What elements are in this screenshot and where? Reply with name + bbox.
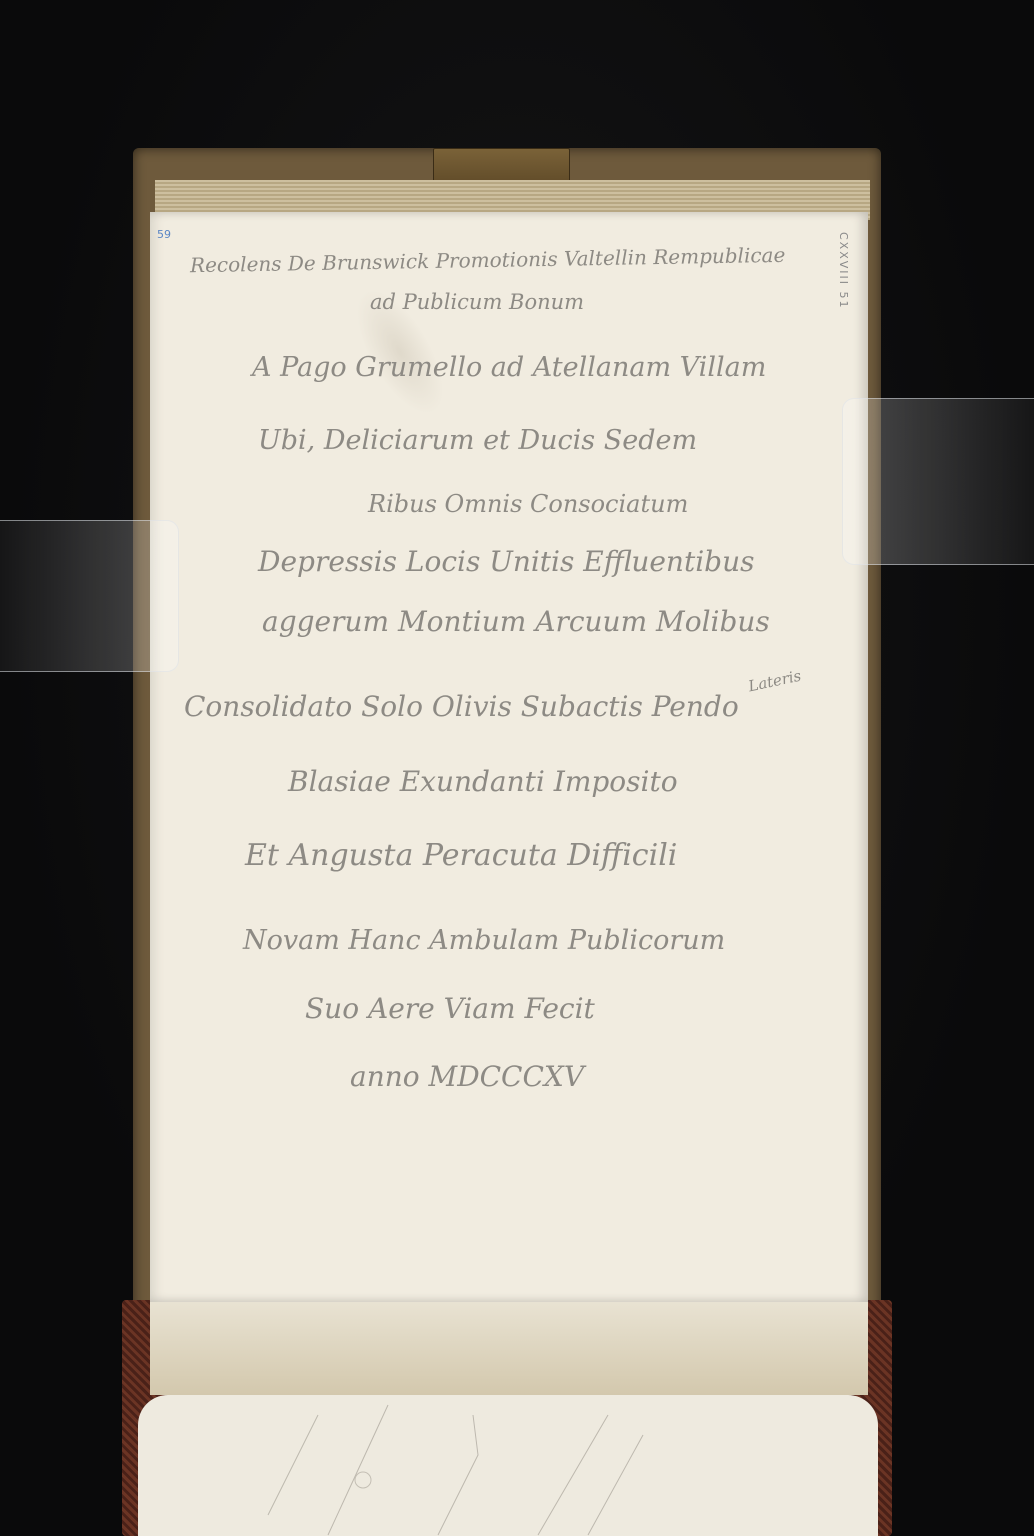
margin-stamp: CXXVIII 51 [837, 232, 850, 310]
inscription-line-2: ad Publicum Bonum [370, 290, 584, 314]
inscription-line-11: Novam Hanc Ambulam Publicorum [243, 925, 725, 956]
inscription-line-4: Ubi, Deliciarum et Ducis Sedem [258, 425, 697, 456]
inscription-line-13: anno MDCCCXV [350, 1060, 584, 1093]
plastic-clip-right [842, 398, 1034, 565]
inscription-line-6: Depressis Locis Unitis Effluentibus [258, 545, 755, 578]
page-number: 59 [157, 228, 171, 241]
facing-page-lower [138, 1395, 878, 1536]
inscription-line-8: Consolidato Solo Olivis Subactis Pendo [184, 690, 739, 723]
inscription-line-5: Ribus Omnis Consociatum [368, 490, 688, 518]
inscription-line-3: A Pago Grumello ad Atellanam Villam [252, 352, 766, 383]
inscription-line-12: Suo Aere Viam Fecit [305, 992, 595, 1025]
page-fold-shadow [150, 1300, 868, 1395]
plastic-clip-left [0, 520, 179, 672]
inscription-line-10: Et Angusta Peracuta Difficili [245, 838, 677, 873]
inscription-line-7: aggerum Montium Arcuum Molibus [262, 605, 770, 638]
faint-sketch-icon [138, 1395, 878, 1536]
margin-stamp-text: CXXVIII 51 [837, 232, 850, 310]
inscription-line-9: Blasiae Exundanti Imposito [288, 765, 678, 798]
